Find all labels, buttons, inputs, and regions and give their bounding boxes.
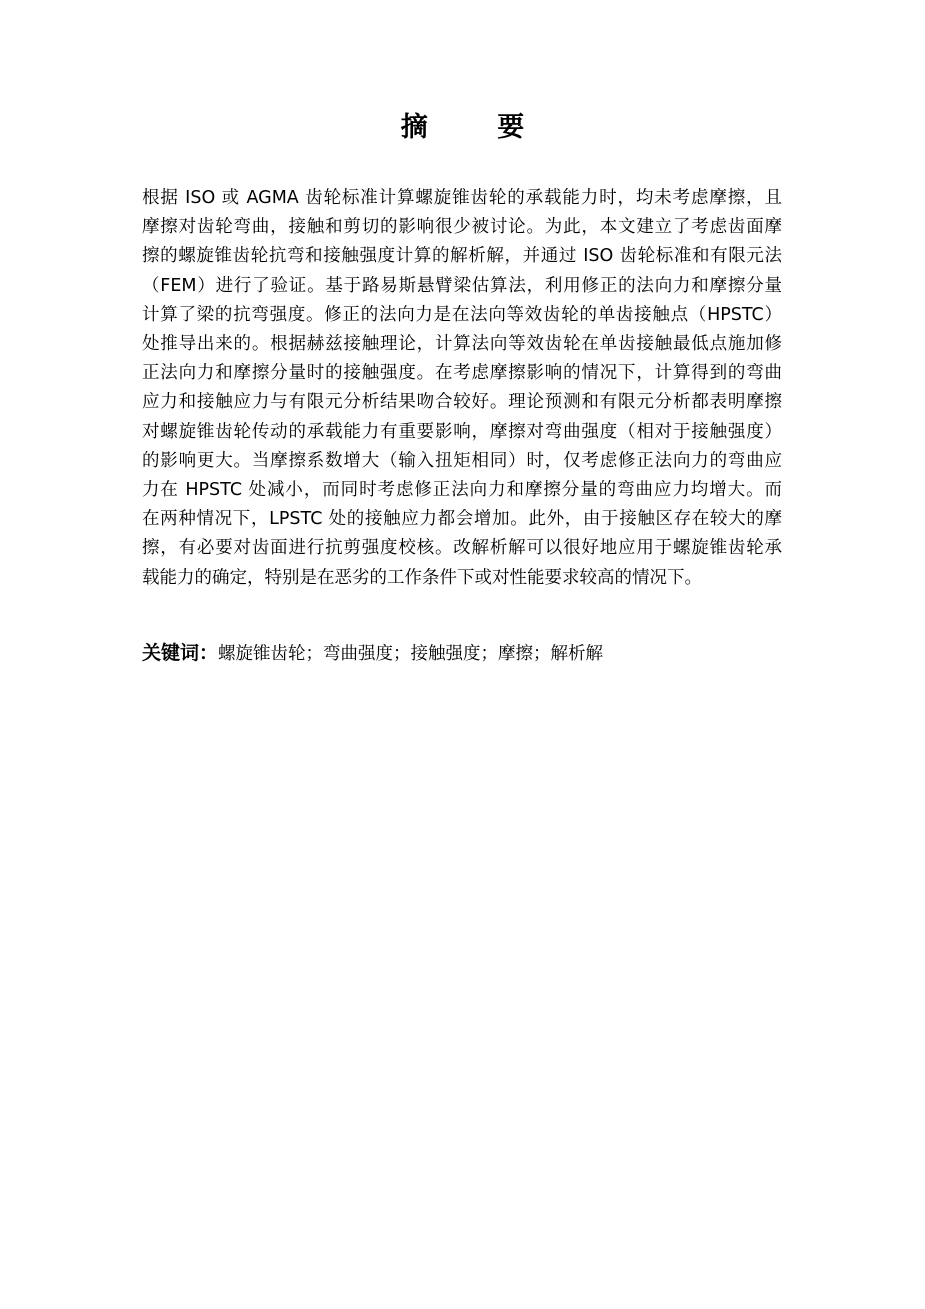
keywords-text: 螺旋锥齿轮；弯曲强度；接触强度；摩擦；解析解 — [218, 644, 603, 664]
abstract-line: 载能力的确定，特别是在恶劣的工作条件下或对性能要求较高的情况下。 — [142, 564, 782, 593]
abstract-line: 正法向力和摩擦分量时的接触强度。在考虑摩擦影响的情况下，计算得到的弯曲 — [142, 359, 782, 388]
abstract-line: 擦的螺旋锥齿轮抗弯和接触强度计算的解析解，并通过 ISO 齿轮标准和有限元法 — [142, 242, 782, 271]
abstract-line: 处推导出来的。根据赫兹接触理论，计算法向等效齿轮在单齿接触最低点施加修 — [142, 330, 782, 359]
keywords: 关键词：螺旋锥齿轮；弯曲强度；接触强度；摩擦；解析解 — [142, 638, 782, 669]
abstract-line: 根据 ISO 或 AGMA 齿轮标准计算螺旋锥齿轮的承载能力时，均未考虑摩擦，且 — [142, 184, 782, 213]
abstract-line: 的影响更大。当摩擦系数增大（输入扭矩相同）时，仅考虑修正法向力的弯曲应 — [142, 447, 782, 476]
abstract-line: 力在 HPSTC 处减小，而同时考虑修正法向力和摩擦分量的弯曲应力均增大。而 — [142, 476, 782, 505]
abstract-title: 摘 要 — [0, 108, 925, 148]
abstract-line: 应力和接触应力与有限元分析结果吻合较好。理论预测和有限元分析都表明摩擦 — [142, 388, 782, 417]
document-page: 摘 要 根据 ISO 或 AGMA 齿轮标准计算螺旋锥齿轮的承载能力时，均未考虑… — [0, 0, 925, 1309]
abstract-line: 在两种情况下，LPSTC 处的接触应力都会增加。此外，由于接触区存在较大的摩 — [142, 505, 782, 534]
abstract-line: 对螺旋锥齿轮传动的承载能力有重要影响，摩擦对弯曲强度（相对于接触强度） — [142, 418, 782, 447]
abstract-line: 擦，有必要对齿面进行抗剪强度校核。改解析解可以很好地应用于螺旋锥齿轮承 — [142, 534, 782, 563]
abstract-body: 根据 ISO 或 AGMA 齿轮标准计算螺旋锥齿轮的承载能力时，均未考虑摩擦，且… — [142, 184, 782, 593]
abstract-line: （FEM）进行了验证。基于路易斯悬臂梁估算法，利用修正的法向力和摩擦分量 — [142, 272, 782, 301]
abstract-line: 计算了梁的抗弯强度。修正的法向力是在法向等效齿轮的单齿接触点（HPSTC） — [142, 301, 782, 330]
keywords-label: 关键词： — [142, 642, 218, 664]
abstract-line: 摩擦对齿轮弯曲，接触和剪切的影响很少被讨论。为此，本文建立了考虑齿面摩 — [142, 213, 782, 242]
